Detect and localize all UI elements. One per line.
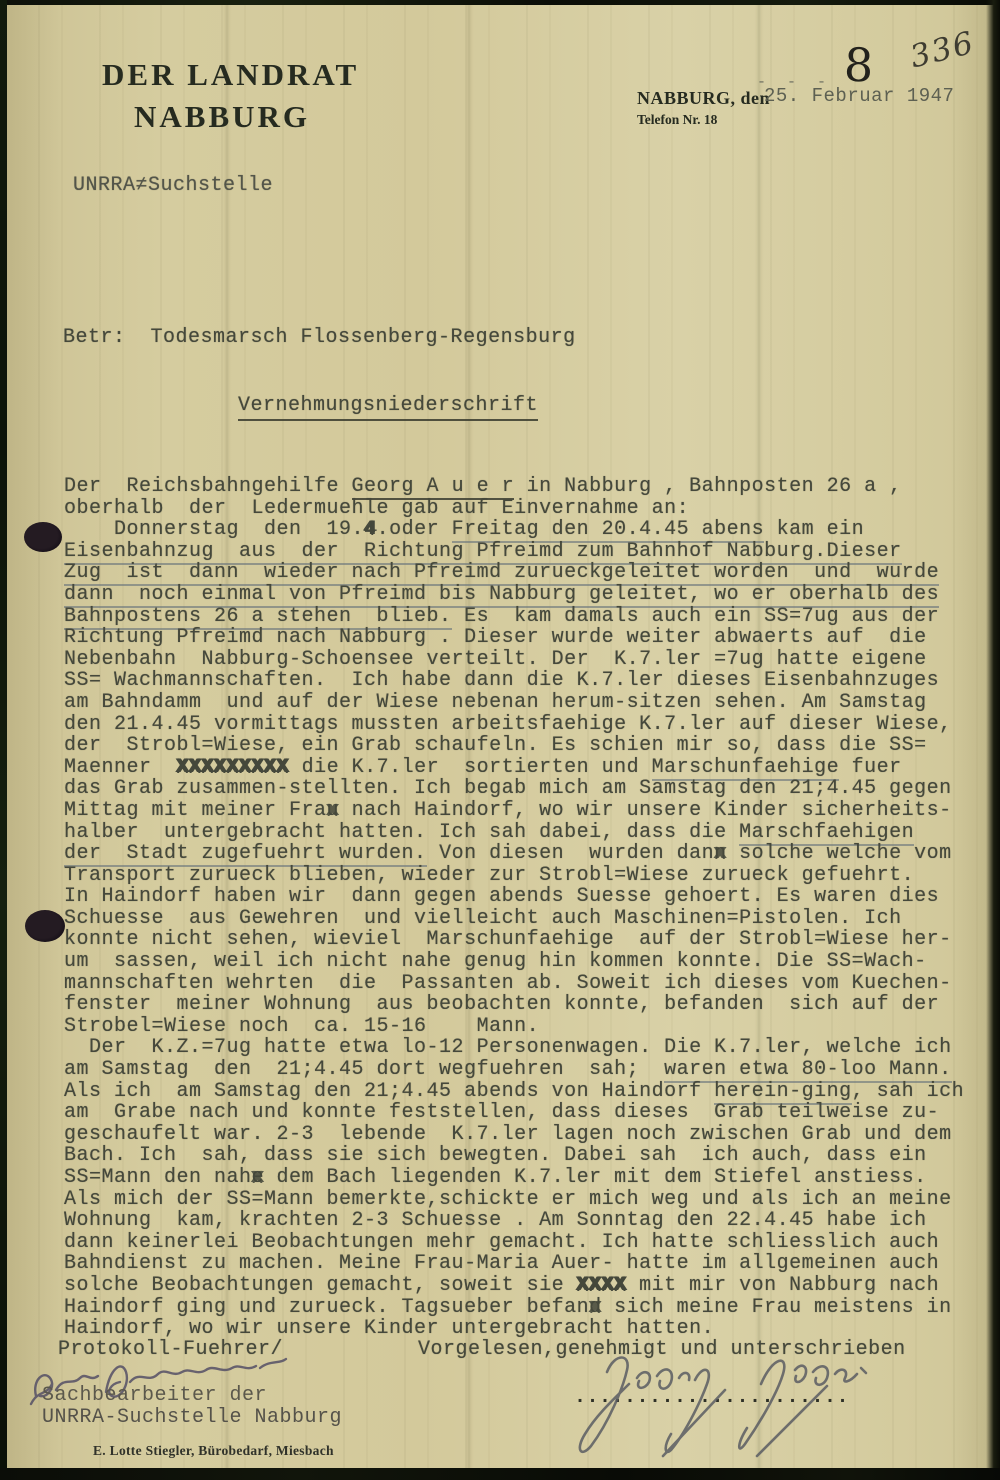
typed-line: Eisenbahnzug aus der Richtung Pfreimd zu… (64, 541, 974, 563)
typed-line: Wohnung kam, krachten 2-3 Schuesse . Am … (64, 1210, 974, 1232)
typed-line: am Grabe nach und konnte feststellen, da… (64, 1102, 974, 1124)
closing-right-statement: Vorgelesen,genehmigt und unterschrieben (418, 1338, 906, 1361)
typed-line: Bach. Ich sah, dass sie sich bewegten. D… (64, 1145, 974, 1167)
typed-line: Der K.Z.=7ug hatte etwa lo-12 Personenwa… (64, 1037, 974, 1059)
phone-line: Telefon Nr. 18 (637, 112, 717, 128)
sender-line-2: NABBURG (102, 96, 359, 138)
typed-line: Donnerstag den 19.4.oder Freitag den 20.… (64, 519, 974, 541)
typed-line: mannschaften wehrten die Passanten ab. S… (64, 973, 974, 995)
scanned-document-page: DER LANDRAT NABBURG NABBURG, den Telefon… (0, 0, 1000, 1480)
typed-line: SS= Wachmannschaften. Ich habe dann die … (64, 670, 974, 692)
scan-edge-bottom (0, 1468, 1000, 1480)
handwritten-page-number: 8 (843, 38, 874, 93)
typed-line: Schuesse aus Gewehren und vielleicht auc… (64, 908, 974, 930)
typed-line: der Stadt zugefuehrt wurden. Von diesen … (64, 843, 974, 865)
typed-line: das Grab zusammen-stellten. Ich begab mi… (64, 778, 974, 800)
typed-line: Haindorf ging und zurueck. Tagsueber bef… (64, 1297, 974, 1319)
typed-line: Als ich am Samstag den 21;4.45 abends vo… (64, 1081, 974, 1103)
typed-line: Bahndienst zu machen. Meine Frau-Maria A… (64, 1253, 974, 1275)
typed-line: Der Reichsbahngehilfe Georg A u e r in N… (64, 476, 974, 498)
typed-line: dann keinerlei Beobachtungen mehr gemach… (64, 1232, 974, 1254)
typed-line: dann noch einmal von Pfreimd bis Nabburg… (64, 584, 974, 606)
typed-line: halber untergebracht hatten. Ich sah dab… (64, 822, 974, 844)
typed-line: Strobel=Wiese noch ca. 15-16 Mann. (64, 1016, 974, 1038)
typed-line: Zug ist dann wieder nach Pfreimd zurueck… (64, 562, 974, 584)
dotted-signature-line: ...................... (574, 1386, 849, 1409)
typed-line: am Bahndamm und auf der Wiese nebenan he… (64, 692, 974, 714)
typed-line: In Haindorf haben wir dann gegen abends … (64, 886, 974, 908)
typed-line: den 21.4.45 vormittags mussten arbeitsfa… (64, 714, 974, 736)
handwritten-file-number: 336 (907, 25, 979, 76)
scan-edge-left (0, 0, 7, 1480)
printer-imprint: E. Lotte Stiegler, Bürobedarf, Miesbach (93, 1443, 334, 1459)
closing-left-line2: Sachbearbeiter der (42, 1384, 267, 1407)
document-title: Vernehmungsniederschrift (238, 394, 538, 421)
punch-hole-top (24, 522, 62, 552)
typed-line: Mittag mit meiner Fraux nach Haindorf, w… (64, 800, 974, 822)
scan-edge-right (986, 0, 1000, 1480)
closing-left-role: Protokoll-Fuehrer/ (58, 1338, 283, 1361)
typed-line: Nebenbahn Nabburg-Schoensee verteilt. De… (64, 649, 974, 671)
typed-line: solche Beobachtungen gemacht, soweit sie… (64, 1275, 974, 1297)
punch-hole-bottom (25, 910, 65, 942)
typed-line: am Samstag den 21;4.45 dort wegfuehren s… (64, 1059, 974, 1081)
typed-line: konnte nicht sehen, wieviel Marschunfaeh… (64, 929, 974, 951)
typed-line: Als mich der SS=Mann bemerkte,schickte e… (64, 1189, 974, 1211)
recipient-line: UNRRA≠Suchstelle (73, 174, 273, 197)
document-body: Der Reichsbahngehilfe Georg A u e r in N… (64, 476, 974, 1340)
typed-line: um sassen, weil ich nicht nahe genug hin… (64, 951, 974, 973)
typed-line: Transport zurueck blieben, wieder zur St… (64, 865, 974, 887)
typed-line: geschaufelt war. 2-3 lebende K.7.ler lag… (64, 1124, 974, 1146)
sender-line-1: DER LANDRAT (102, 54, 359, 96)
subject-line: Betr: Todesmarsch Flossenberg-Regensburg (63, 326, 576, 349)
typed-line: Richtung Pfreimd nach Nabburg . Dieser w… (64, 627, 974, 649)
typed-line: der Strobl=Wiese, ein Grab schaufeln. Es… (64, 735, 974, 757)
typed-line: Maenner XXXXXXXXX die K.7.ler sortierten… (64, 757, 974, 779)
letterhead-sender: DER LANDRAT NABBURG (102, 54, 359, 138)
typed-line: fenster meiner Wohnung aus beobachten ko… (64, 994, 974, 1016)
typed-line: SS=Mann den nahex dem Bach liegenden K.7… (64, 1167, 974, 1189)
typed-line: Bahnpostens 26 a stehen blieb. Es kam da… (64, 606, 974, 628)
closing-left-line3: UNRRA-Suchstelle Nabburg (42, 1406, 342, 1429)
scan-edge-top (0, 0, 1000, 5)
typed-line: oberhalb der Ledermuehle gab auf Einvern… (64, 498, 974, 520)
place-date-label: NABBURG, den (637, 88, 770, 109)
typed-line: Haindorf, wo wir unsere Kinder untergebr… (64, 1318, 974, 1340)
